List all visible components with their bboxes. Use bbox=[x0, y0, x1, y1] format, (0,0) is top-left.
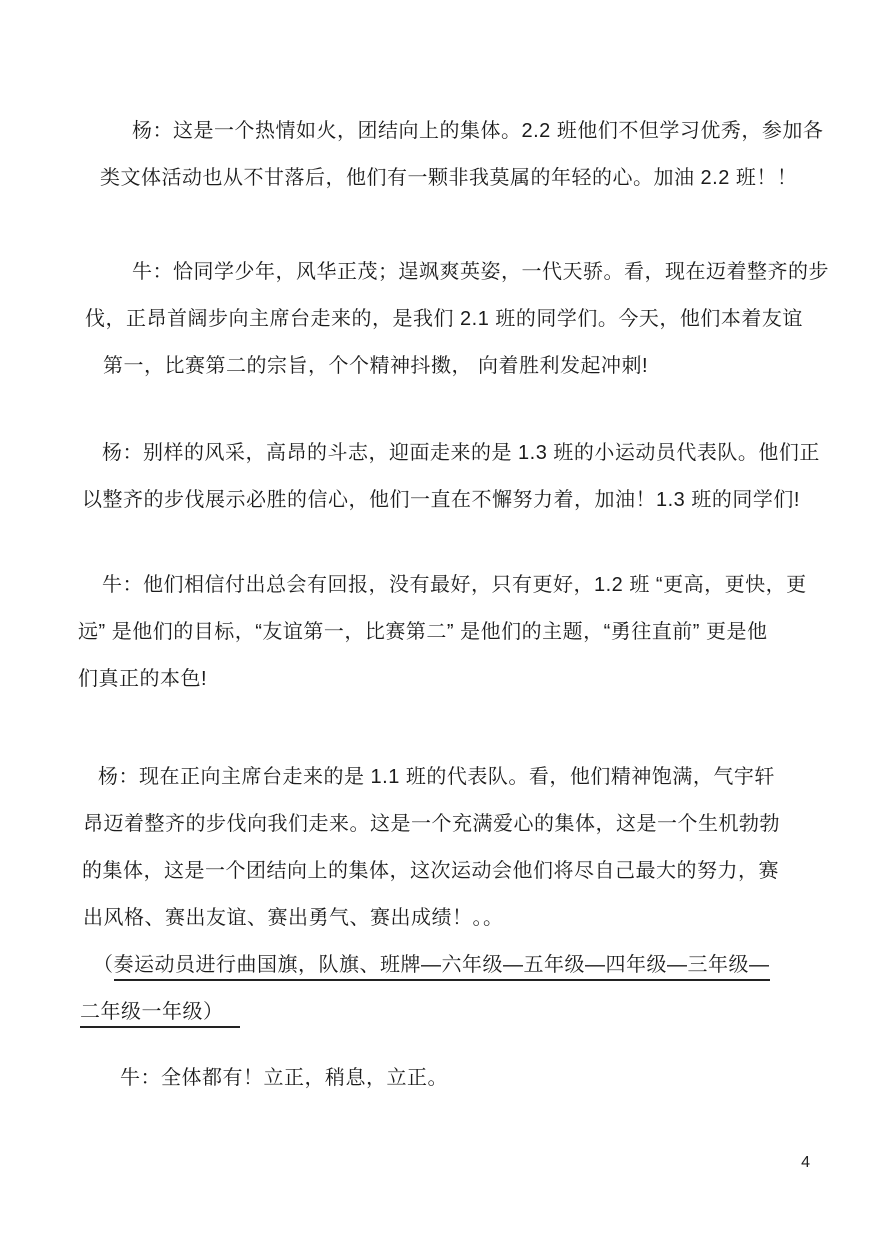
text-line: 牛：恰同学少年，风华正茂；逞飒爽英姿，一代天骄。看，现在迈着整齐的步 bbox=[0, 249, 884, 296]
paragraph-5: 杨：现在正向主席台走来的是 1.1 班的代表队。看，他们精神饱满，气宇轩 昂迈着… bbox=[0, 754, 884, 942]
paragraph-4: 牛：他们相信付出总会有回报，没有最好，只有更好，1.2 班 “更高，更快，更 远… bbox=[0, 562, 884, 703]
stage-direction: （奏运动员进行曲国旗，队旗、班牌—六年级—五年级—四年级—三年级— 二年级一年级… bbox=[0, 942, 884, 1036]
text-line: 杨：现在正向主席台走来的是 1.1 班的代表队。看，他们精神饱满，气宇轩 bbox=[0, 754, 884, 801]
paragraph-1: 杨：这是一个热情如火，团结向上的集体。2.2 班他们不但学习优秀，参加各 类文体… bbox=[0, 108, 884, 202]
text-line: 昂迈着整齐的步伐向我们走来。这是一个充满爱心的集体，这是一个生机勃勃 bbox=[0, 801, 884, 848]
text-line: 伐，正昂首阔步向主席台走来的，是我们 2.1 班的同学们。今天，他们本着友谊 bbox=[0, 296, 884, 343]
text-line: 出风格、赛出友谊、赛出勇气、赛出成绩！。。 bbox=[0, 895, 884, 942]
paragraph-2: 牛：恰同学少年，风华正茂；逞飒爽英姿，一代天骄。看，现在迈着整齐的步 伐，正昂首… bbox=[0, 249, 884, 390]
paragraph-3: 杨：别样的风采，高昂的斗志，迎面走来的是 1.3 班的小运动员代表队。他们正 以… bbox=[0, 430, 884, 524]
text-line: 牛：他们相信付出总会有回报，没有最好，只有更好，1.2 班 “更高，更快，更 bbox=[0, 562, 884, 609]
text-line: 杨：别样的风采，高昂的斗志，迎面走来的是 1.3 班的小运动员代表队。他们正 bbox=[0, 430, 884, 477]
paragraph-7: 牛：全体都有！立正，稍息，立正。 bbox=[0, 1055, 884, 1102]
text-line: 第一，比赛第二的宗旨，个个精神抖擞， 向着胜利发起冲刺! bbox=[0, 343, 884, 390]
text-line: 杨：这是一个热情如火，团结向上的集体。2.2 班他们不但学习优秀，参加各 bbox=[0, 108, 884, 155]
text-line: 们真正的本色! bbox=[0, 656, 884, 703]
document-body: 杨：这是一个热情如火，团结向上的集体。2.2 班他们不但学习优秀，参加各 类文体… bbox=[0, 108, 884, 1102]
text-line: 二年级一年级） bbox=[0, 989, 884, 1036]
page-number: 4 bbox=[0, 1152, 810, 1174]
text-line: 远” 是他们的目标，“友谊第一，比赛第二” 是他们的主题，“勇往直前” 更是他 bbox=[0, 609, 884, 656]
stage-direction-underlined-text: 二年级一年级） bbox=[80, 1001, 240, 1028]
text-line: 以整齐的步伐展示必胜的信心，他们一直在不懈努力着，加油！1.3 班的同学们! bbox=[0, 477, 884, 524]
text-line: （奏运动员进行曲国旗，队旗、班牌—六年级—五年级—四年级—三年级— bbox=[0, 942, 884, 989]
document-page: 杨：这是一个热情如火，团结向上的集体。2.2 班他们不但学习优秀，参加各 类文体… bbox=[0, 0, 884, 1250]
text-line: 的集体，这是一个团结向上的集体，这次运动会他们将尽自己最大的努力，赛 bbox=[0, 848, 884, 895]
text-line: 牛：全体都有！立正，稍息，立正。 bbox=[0, 1055, 884, 1102]
stage-direction-open-paren: （ bbox=[93, 954, 114, 976]
stage-direction-underlined-text: 奏运动员进行曲国旗，队旗、班牌—六年级—五年级—四年级—三年级— bbox=[114, 954, 770, 981]
text-line: 类文体活动也从不甘落后，他们有一颗非我莫属的年轻的心。加油 2.2 班！！ bbox=[0, 155, 884, 202]
